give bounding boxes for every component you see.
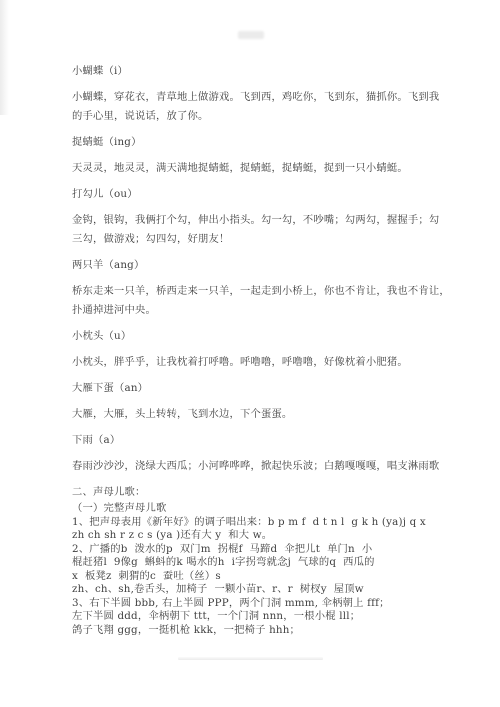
- paragraph-block: 天灵灵，地灵灵，满天满地捉蜻蜓，捉蜻蜓，捉蜻蜓，捉到一只小蜻蜓。: [72, 159, 452, 178]
- paragraph-line: 扑通掉进河中央。: [72, 301, 452, 320]
- paragraph-line: 3、右下半圆 bbb, 右上半圆 PPP，两个门洞 mmm, 伞柄朝上 fff；: [72, 597, 452, 611]
- paragraph-block: 大雁，大雁，头上转转，飞到水边，下个蛋蛋。: [72, 405, 452, 424]
- section-heading: 大雁下蛋（an）: [72, 379, 452, 398]
- section-heading: 捉蜻蜓（ing）: [72, 133, 452, 152]
- section-heading-block: 大雁下蛋（an）: [72, 379, 452, 398]
- paragraph-block: （一）完整声母儿歌1、把声母表用《新年好》的调子唱出来：b p m f d t …: [72, 502, 452, 637]
- section-heading-block: 小枕头（u）: [72, 327, 452, 346]
- section-heading: 小枕头（u）: [72, 327, 452, 346]
- paragraph-line: 小蝴蝶，穿花衣，青草地上做游戏。飞到西，鸡吃你，飞到东，猫抓你。飞到我: [72, 88, 452, 107]
- paragraph-line: 桥东走来一只羊，桥西走来一只羊，一起走到小桥上，你也不肯让，我也不肯让，: [72, 282, 452, 301]
- section-heading: 打勾儿（ou）: [72, 185, 452, 204]
- paragraph-line: （一）完整声母儿歌: [72, 502, 452, 516]
- paragraph-line: 1、把声母表用《新年好》的调子唱出来：b p m f d t n l g k h…: [72, 516, 452, 530]
- section-heading: 二、声母儿歌：: [72, 483, 452, 502]
- paragraph-line: 天灵灵，地灵灵，满天满地捉蜻蜓，捉蜻蜓，捉蜻蜓，捉到一只小蜻蜓。: [72, 159, 452, 178]
- section-heading-block: 捉蜻蜓（ing）: [72, 133, 452, 152]
- section-heading: 小蝴蝶（i）: [72, 62, 452, 81]
- document-blocks: 小蝴蝶（i）小蝴蝶，穿花衣，青草地上做游戏。飞到西，鸡吃你，飞到东，猫抓你。飞到…: [72, 62, 452, 644]
- section-heading: 下雨（a）: [72, 431, 452, 450]
- paragraph-block: 小枕头，胖乎乎，让我枕着打呼噜。呼噜噜，呼噜噜，好像枕着小肥猪。: [72, 353, 452, 372]
- paragraph-block: 金钩，银钩，我俩打个勾，伸出小指头。勾一勾，不吵嘴；勾两勾，握握手；勾三勾，做游…: [72, 211, 452, 249]
- paragraph-line: 春雨沙沙沙，浇绿大西瓜；小河哗哗哗，掀起快乐波；白鹅嘎嘎嘎，唱支淋雨歌: [72, 457, 452, 476]
- paragraph-block: 春雨沙沙沙，浇绿大西瓜；小河哗哗哗，掀起快乐波；白鹅嘎嘎嘎，唱支淋雨歌: [72, 457, 452, 476]
- paragraph-line: 鸽子飞翔 ggg，一挺机枪 kkk，一把椅子 hhh；: [72, 624, 452, 638]
- paragraph-line: 金钩，银钩，我俩打个勾，伸出小指头。勾一勾，不吵嘴；勾两勾，握握手；勾: [72, 211, 452, 230]
- paragraph-block: 小蝴蝶，穿花衣，青草地上做游戏。飞到西，鸡吃你，飞到东，猫抓你。飞到我的手心里，…: [72, 88, 452, 126]
- section-heading-block: 两只羊（ang）: [72, 256, 452, 275]
- scan-edge-shading: [0, 0, 9, 115]
- paragraph-line: 大雁，大雁，头上转转，飞到水边，下个蛋蛋。: [72, 405, 452, 424]
- section-heading: 两只羊（ang）: [72, 256, 452, 275]
- paragraph-line: zh、ch、sh,卷舌头，加椅子 一颗小苗r、r、r 树杈y 屋顶w: [72, 583, 452, 597]
- page-bottom-divider: [178, 657, 323, 660]
- paragraph-line: 三勾，做游戏；勾四勾，好朋友！: [72, 230, 452, 249]
- paragraph-line: x 板凳z 刺猬的c 蚕吐（丝）s: [72, 570, 452, 584]
- section-heading-block: 下雨（a）: [72, 431, 452, 450]
- document-page: 小蝴蝶（i）小蝴蝶，穿花衣，青草地上做游戏。飞到西，鸡吃你，飞到东，猫抓你。飞到…: [0, 0, 500, 707]
- section-heading-block: 打勾儿（ou）: [72, 185, 452, 204]
- section-heading-block: 二、声母儿歌：: [72, 483, 452, 502]
- paragraph-line: 的手心里，说说话，放了你。: [72, 107, 452, 126]
- faint-watermark: [238, 31, 264, 39]
- paragraph-line: zh ch sh r z c s (ya )还有大 y 和大 w。: [72, 529, 452, 543]
- paragraph-line: 小枕头，胖乎乎，让我枕着打呼噜。呼噜噜，呼噜噜，好像枕着小肥猪。: [72, 353, 452, 372]
- paragraph-line: 左下半圆 ddd，伞柄朝下 ttt，一个门洞 nnn，一根小棍 lll；: [72, 610, 452, 624]
- paragraph-line: 2、广播的b 泼水的p 双门m 拐棍f 马蹄d 伞把儿t 单门n 小: [72, 543, 452, 557]
- section-heading-block: 小蝴蝶（i）: [72, 62, 452, 81]
- paragraph-block: 桥东走来一只羊，桥西走来一只羊，一起走到小桥上，你也不肯让，我也不肯让，扑通掉进…: [72, 282, 452, 320]
- paragraph-line: 棍赶猪l 9像g 蝌蚪的k 喝水的h i字拐弯就念j 气球的q 西瓜的: [72, 556, 452, 570]
